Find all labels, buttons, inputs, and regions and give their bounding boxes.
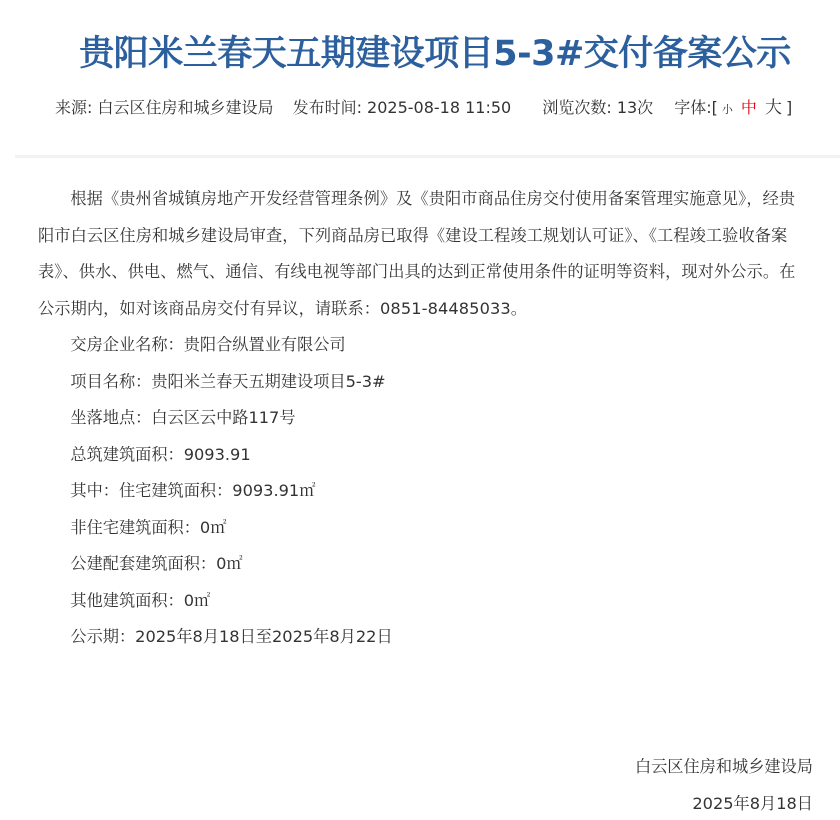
font-size-medium-button[interactable]: 中 [741,96,757,120]
field-other-area: 其他建筑面积：0㎡ [38,583,808,620]
signature-organization: 白云区住房和城乡建设局 [635,748,813,785]
view-count: 浏览次数: 13次 [542,96,653,120]
field-public-facility-area: 公建配套建筑面积：0㎡ [38,546,808,583]
field-non-residential-area: 非住宅建筑面积：0㎡ [38,510,808,547]
font-size-label: 字体:[ [674,96,718,120]
header-divider [15,155,840,158]
field-project-name: 项目名称：贵阳米兰春天五期建设项目5-3# [38,364,808,401]
font-size-control: 字体:[小中大] [674,96,792,122]
font-size-small-button[interactable]: 小 [722,98,733,122]
field-publicity-period: 公示期：2025年8月18日至2025年8月22日 [38,619,808,656]
article-body: 根据《贵州省城镇房地产开发经营管理条例》及《贵阳市商品住房交付使用备案管理实施意… [38,181,808,656]
field-residential-area: 其中：住宅建筑面积：9093.91㎡ [38,473,808,510]
signature-date: 2025年8月18日 [635,785,813,820]
field-total-area: 总筑建筑面积：9093.91 [38,437,808,474]
article-meta: 来源: 白云区住房和城乡建设局 发布时间: 2025-08-18 11:50 浏… [55,96,792,122]
font-size-close-bracket: ] [786,96,792,120]
article-title: 贵阳米兰春天五期建设项目5-3#交付备案公示 [0,30,840,78]
field-developer: 交房企业名称：贵阳合纵置业有限公司 [38,327,808,364]
signature-block: 白云区住房和城乡建设局 2025年8月18日 [635,748,813,820]
publish-time: 发布时间: 2025-08-18 11:50 [293,96,512,120]
field-location: 坐落地点：白云区云中路117号 [38,400,808,437]
font-size-large-button[interactable]: 大 [765,96,782,120]
intro-paragraph: 根据《贵州省城镇房地产开发经营管理条例》及《贵阳市商品住房交付使用备案管理实施意… [38,181,808,327]
source-label: 来源: 白云区住房和城乡建设局 [55,96,273,120]
